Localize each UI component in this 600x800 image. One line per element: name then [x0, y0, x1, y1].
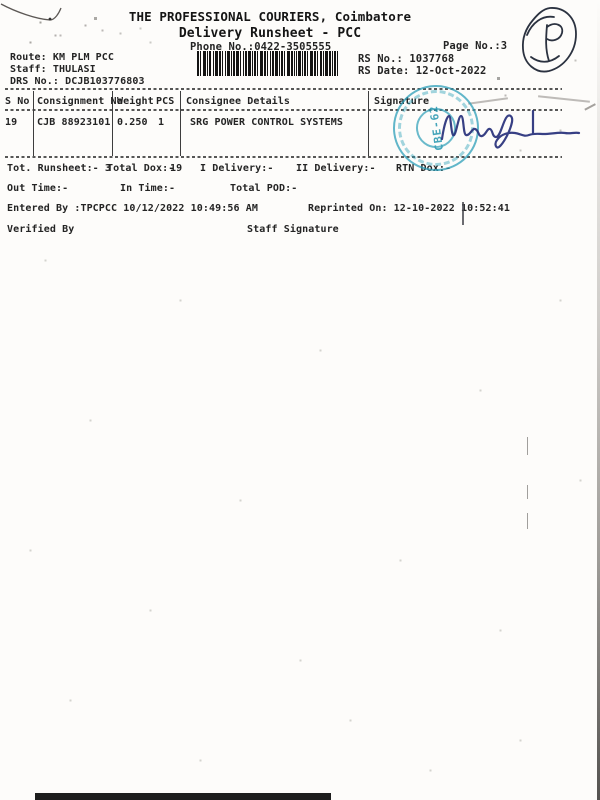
total-dox-label: Total Dox:- [107, 163, 174, 174]
bottom-scan-bar [35, 793, 331, 800]
col-header-consignment: Consignment No [37, 96, 123, 107]
total-runsheet: Tot. Runsheet:- 3 [7, 163, 111, 174]
ii-delivery: II Delivery:- [296, 163, 376, 174]
page-title: THE PROFESSIONAL COURIERS, Coimbatore [0, 10, 540, 24]
total-dox-value: 19 [170, 163, 182, 174]
fold-mark [527, 513, 528, 529]
fold-mark [527, 485, 528, 499]
route-label: Route: KM PLM PCC [10, 52, 114, 63]
row-weight: 0.250 [117, 117, 148, 128]
staff-label: Staff: THULASI [10, 64, 96, 75]
in-time: In Time:- [120, 183, 175, 194]
drs-number: DRS No.: DCJB103776803 [10, 76, 145, 87]
entered-by: Entered By :TPCPCC 10/12/2022 10:49:56 A… [7, 203, 258, 214]
col-header-weight: Weight [117, 96, 154, 107]
pickup-mark-p [516, 5, 584, 77]
staff-signature-label: Staff Signature [247, 224, 339, 235]
fold-mark [527, 437, 528, 455]
total-pod: Total POD:- [230, 183, 297, 194]
row-sno: 19 [5, 117, 17, 128]
pencil-smudge [538, 95, 590, 102]
column-divider [368, 91, 369, 156]
page-number: Page No.:3 [443, 41, 507, 53]
pen-mark [462, 202, 464, 225]
col-header-consignee: Consignee Details [186, 96, 290, 107]
dashed-separator-top [5, 88, 562, 90]
reprinted-on: Reprinted On: 12-10-2022 10:52:41 [308, 203, 510, 214]
i-delivery: I Delivery:- [200, 163, 273, 174]
barcode [197, 51, 338, 76]
handwritten-signature [437, 103, 587, 151]
row-consignee: SRG POWER CONTROL SYSTEMS [190, 117, 343, 128]
col-header-sno: S No [5, 96, 29, 107]
scan-speckles [0, 0, 1, 1]
column-divider [33, 91, 34, 156]
out-time: Out Time:- [7, 183, 68, 194]
delivery-runsheet-scan: THE PROFESSIONAL COURIERS, Coimbatore De… [0, 0, 600, 800]
verified-by: Verified By [7, 224, 74, 235]
row-consignment-no: CJB 88923101 [37, 117, 110, 128]
row-pcs: 1 [158, 117, 164, 128]
column-divider [180, 91, 181, 156]
rs-date: RS Date: 12-Oct-2022 [358, 66, 486, 78]
col-header-pcs: PCS [156, 96, 174, 107]
rs-number: RS No.: 1037768 [358, 54, 454, 66]
